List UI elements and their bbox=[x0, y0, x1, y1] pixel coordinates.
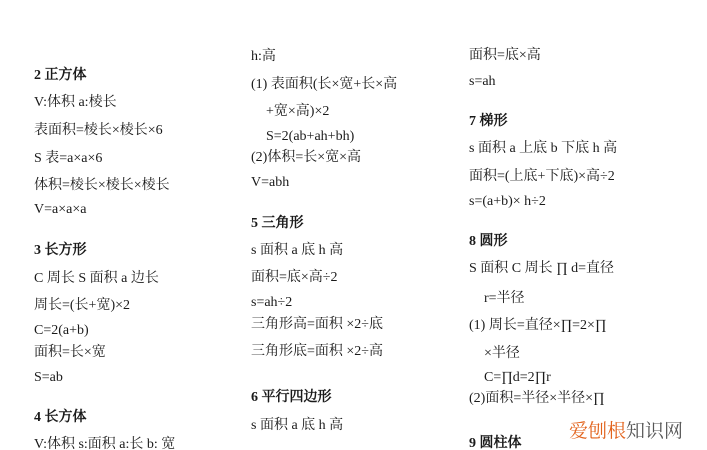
formula-line: s 面积 a 底 h 高 bbox=[251, 243, 343, 259]
formula-line: V:体积 a:棱长 bbox=[34, 95, 117, 111]
formula-line: S 表=a×a×6 bbox=[34, 151, 102, 167]
formula-line: s=ah÷2 bbox=[251, 295, 292, 311]
formula-line: 面积=底×高 bbox=[469, 48, 541, 64]
formula-line: 面积=长×宽 bbox=[34, 345, 106, 361]
formula-line: (1) 周长=直径×∏=2×∏ bbox=[469, 318, 606, 334]
formula-line: C=∏d=2∏r bbox=[484, 370, 551, 386]
formula-line: S=2(ab+ah+bh) bbox=[266, 129, 354, 145]
formula-line: (2)面积=半径×半径×∏ bbox=[469, 391, 605, 407]
section-heading: 8 圆形 bbox=[469, 234, 508, 250]
formula-line: C=2(a+b) bbox=[34, 323, 89, 339]
section-heading: 4 长方体 bbox=[34, 410, 87, 426]
formula-line: C 周长 S 面积 a 边长 bbox=[34, 271, 159, 287]
formula-line: s=(a+b)× h÷2 bbox=[469, 194, 546, 210]
section-heading: 7 梯形 bbox=[469, 114, 508, 130]
formula-line: s=ah bbox=[469, 74, 496, 90]
formula-line: 面积=(上底+下底)×高÷2 bbox=[469, 169, 615, 185]
section-heading: 6 平行四边形 bbox=[251, 390, 332, 406]
formula-line: 三角形底=面积 ×2÷高 bbox=[251, 344, 383, 360]
watermark-part1: 爱刨根 bbox=[569, 420, 626, 442]
section-heading: 3 长方形 bbox=[34, 243, 87, 259]
watermark-part2: 知识网 bbox=[626, 420, 683, 442]
formula-line: (1) 表面积(长×宽+长×高 bbox=[251, 77, 397, 93]
formula-line: r=半径 bbox=[484, 291, 525, 307]
section-heading: 9 圆柱体 bbox=[469, 436, 522, 450]
formula-line: 三角形高=面积 ×2÷底 bbox=[251, 317, 383, 333]
formula-line: S 面积 C 周长 ∏ d=直径 bbox=[469, 261, 614, 277]
formula-line: h:高 bbox=[251, 49, 276, 65]
section-heading: 5 三角形 bbox=[251, 216, 304, 232]
formula-line: V=a×a×a bbox=[34, 202, 86, 218]
formula-line: V=abh bbox=[251, 175, 289, 191]
formula-line: (2)体积=长×宽×高 bbox=[251, 150, 361, 166]
section-heading: 2 正方体 bbox=[34, 68, 87, 84]
formula-line: S=ab bbox=[34, 370, 63, 386]
formula-line: 周长=(长+宽)×2 bbox=[34, 298, 130, 314]
formula-line: +宽×高)×2 bbox=[266, 104, 329, 120]
formula-line: s 面积 a 底 h 高 bbox=[251, 418, 343, 434]
formula-line: V:体积 s:面积 a:长 b: 宽 bbox=[34, 437, 175, 450]
formula-line: 表面积=棱长×棱长×6 bbox=[34, 123, 163, 139]
formula-line: ×半径 bbox=[484, 346, 520, 362]
formula-line: s 面积 a 上底 b 下底 h 高 bbox=[469, 141, 617, 157]
watermark-logo: 爱刨根知识网 bbox=[569, 419, 683, 443]
formula-line: 面积=底×高÷2 bbox=[251, 270, 337, 286]
formula-line: 体积=棱长×棱长×棱长 bbox=[34, 178, 170, 194]
